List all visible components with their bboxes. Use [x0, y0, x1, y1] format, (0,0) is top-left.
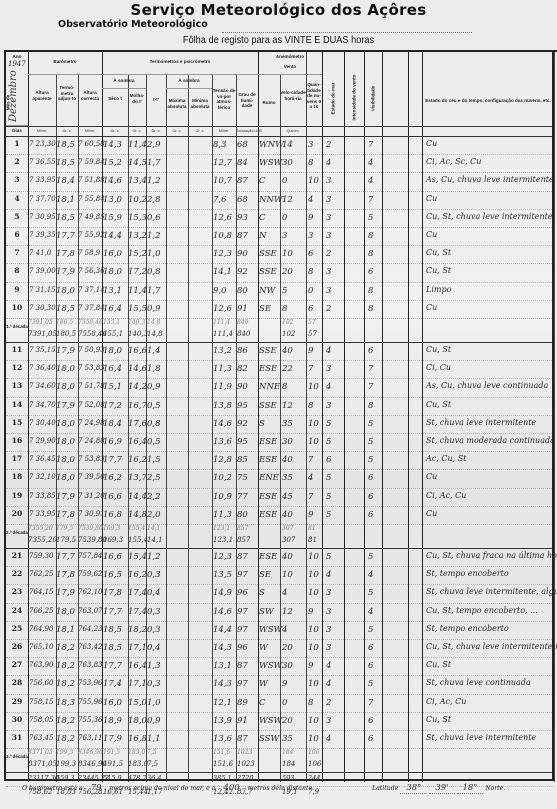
- attached-thermometer-cell: 18,0: [56, 437, 75, 447]
- vapour-pressure-cell: 10,2: [213, 473, 232, 483]
- vapour-pressure-cell: 12,6: [213, 304, 232, 314]
- visibility-cell: 7: [368, 382, 373, 392]
- wind-speed-cell: 30: [282, 158, 293, 168]
- barometer-apparent-cell: 7 37,70: [29, 195, 56, 203]
- barometer-corrected-cell: 763,42: [78, 643, 103, 651]
- wet-temp-cell: 16,2: [128, 455, 147, 465]
- dry-temp-cell: 15,1: [103, 382, 122, 392]
- decade-tensao-total: 111,4: [213, 330, 233, 338]
- cloud-amount-cell: 10: [308, 552, 319, 562]
- temp-diff-cell: 0,8: [147, 267, 161, 277]
- dry-temp-cell: 16,0: [103, 249, 122, 259]
- wet-temp-cell: 17,1: [128, 643, 147, 653]
- barometer-corrected-cell: 7 50,93: [78, 346, 105, 354]
- dry-temp-cell: 16,6: [103, 552, 122, 562]
- wet-temp-cell: 18,2: [128, 625, 147, 635]
- attached-thermometer-cell: 18,0: [56, 607, 75, 617]
- row-divider: [6, 548, 554, 549]
- temp-diff-cell: 1,4: [147, 346, 161, 356]
- vapour-pressure-cell: 9,0: [213, 286, 227, 296]
- barometer-note: O barómetro está a 79 metros acima do ní…: [22, 783, 314, 793]
- temp-diff-cell: 0,8: [147, 419, 161, 429]
- barometer-corrected-cell: 7 31,20: [78, 492, 105, 500]
- unit-altura-correcta: Milím.: [78, 129, 102, 133]
- attached-thermometer-cell: 18,0: [56, 473, 75, 483]
- cloud-amount-cell: 8: [308, 401, 313, 411]
- wet-temp-cell: 10,2: [128, 195, 147, 205]
- year-value: 1947: [8, 60, 26, 68]
- visibility-cell: 6: [368, 510, 373, 520]
- dry-temp-cell: 13,0: [103, 195, 122, 205]
- temp-diff-cell: 0,3: [147, 679, 161, 689]
- day-number: 13: [8, 381, 26, 390]
- humidity-cell: 80: [237, 286, 248, 296]
- wind-direction-cell: WSW: [259, 625, 282, 635]
- sky-state-remark: Cu: [426, 139, 437, 148]
- barometer-corrected-cell: 762,10: [78, 588, 103, 596]
- max-header: Máxima absoluta: [166, 98, 188, 109]
- visibility-cell: 5: [368, 213, 373, 223]
- decade-adj-draft: 180,5: [56, 319, 73, 326]
- decade-hum-draft: 840: [237, 319, 248, 326]
- day-number: 15: [8, 418, 26, 427]
- sky-state-remark: St, chuva moderada continuada: [426, 436, 555, 445]
- sky-state-remark: As, Cu, chuva leve intermitente na últim…: [426, 175, 557, 184]
- decade-tensao-draft: 123,1: [213, 525, 230, 532]
- wind-direction-cell: SSE: [259, 249, 277, 259]
- decade-seco-draft: 169,3: [103, 525, 120, 532]
- attached-thermometer-cell: 18,5: [56, 158, 75, 168]
- latitude-note: Latitude 38° 39' 18" Norte.: [372, 783, 505, 793]
- wind-direction-cell: C: [259, 698, 266, 708]
- day-number: 31: [8, 733, 26, 742]
- sky-state-remark: Cu: [426, 303, 437, 312]
- barometer-apparent-cell: 7 36,45: [29, 455, 56, 463]
- sea-state-cell: 4: [326, 158, 331, 168]
- temp-diff-cell: 2,8: [147, 195, 161, 205]
- humidity-cell: 91: [237, 716, 248, 726]
- barometer-apparent-cell: 7 34,60: [29, 382, 56, 390]
- sky-state-remark: Ac, Cu, St: [426, 454, 466, 463]
- dry-temp-cell: 15,2: [103, 158, 122, 168]
- vapour-pressure-cell: 12,1: [213, 698, 232, 708]
- decade-vel-total: 184: [282, 760, 295, 768]
- day-number: 24: [8, 606, 26, 615]
- sky-state-remark: Cu: [426, 509, 437, 518]
- sky-state-remark: Cu, St, chuva leve intermitente na últim…: [426, 642, 557, 651]
- attached-thermometer-cell: 18,2: [56, 716, 75, 726]
- wind-direction-cell: WSW: [259, 716, 282, 726]
- wind-speed-cell: 12: [282, 195, 293, 205]
- attached-thermometer-cell: 18,4: [56, 176, 75, 186]
- wind-direction-cell: ESE: [259, 552, 277, 562]
- row-divider: [6, 172, 554, 173]
- temp-diff-cell: 0,3: [147, 570, 161, 580]
- wet-temp-cell: 16,6: [128, 346, 147, 356]
- cloud-amount-cell: 10: [308, 716, 319, 726]
- sea-state-cell: 3: [326, 401, 331, 411]
- wind-direction-cell: ESE: [259, 437, 277, 447]
- sea-state-cell: 6: [326, 455, 331, 465]
- row-divider: [6, 506, 554, 507]
- apparent-height-header: Altura aparente: [28, 90, 56, 101]
- latitude-degrees: 38°: [400, 783, 427, 794]
- barometer-apparent-cell: 7 36,40: [29, 364, 56, 372]
- attached-thermometer-cell: 18,0: [56, 419, 75, 429]
- row-divider: [6, 360, 554, 361]
- temp-diff-cell: 2,5: [147, 473, 161, 483]
- barometer-apparent-cell: 7 33,85: [29, 492, 56, 500]
- barometer-apparent-cell: 7 29,90: [29, 437, 56, 445]
- barometer-corrected-cell: 7 53,83: [78, 455, 105, 463]
- wet-temp-cell: 15,3: [128, 213, 147, 223]
- visibility-cell: 5: [368, 437, 373, 447]
- vapour-pressure-cell: 13,5: [213, 570, 232, 580]
- humidity-cell: 68: [237, 140, 248, 150]
- visibility-cell: 4: [368, 158, 373, 168]
- day-number: 11: [8, 345, 26, 354]
- temp-diff-cell: 1,0: [147, 698, 161, 708]
- year-label: Ano: [6, 54, 28, 60]
- wind-direction-cell: SSE: [259, 346, 277, 356]
- latitude-seconds: 18": [457, 783, 484, 794]
- wet-temp-cell: 17,4: [128, 588, 147, 598]
- wind-direction-cell: ESE: [259, 510, 277, 520]
- barometer-corrected-cell: 7 58,9: [78, 249, 100, 257]
- wet-temp-cell: 16,4: [128, 437, 147, 447]
- decade-correcta-draft: 7539,80: [78, 525, 103, 532]
- vapour-pressure-cell: 12,6: [213, 213, 232, 223]
- sea-state-cell: 4: [326, 661, 331, 671]
- wet-temp-cell: 17,4: [128, 607, 147, 617]
- row-divider: [6, 227, 554, 228]
- sea-state-cell: 5: [326, 437, 331, 447]
- barometer-corrected-cell: 7 24,98: [78, 419, 105, 427]
- temp-diff-cell: 0,4: [147, 588, 161, 598]
- decade-aparente-draft: 7391,05: [28, 319, 53, 326]
- day-number: 25: [8, 624, 26, 633]
- barometer-corrected-cell: 7 51,88: [78, 176, 105, 184]
- sky-state-header: Estado do céu e do tempo, configuração d…: [422, 98, 554, 104]
- temp-diff-cell: 1,5: [147, 455, 161, 465]
- day-number: 6: [8, 230, 26, 239]
- row-divider: [6, 639, 554, 640]
- barometer-corrected-cell: 7 59,84: [78, 158, 105, 166]
- day-number: 20: [8, 509, 26, 518]
- latitude-direction: Norte.: [485, 785, 505, 792]
- wet-temp-cell: 14,8: [128, 510, 147, 520]
- sky-state-remark: Cu: [426, 472, 437, 481]
- decade-seco-draft: 155,1: [103, 319, 120, 326]
- wet-temp-cell: 14,5: [128, 158, 147, 168]
- barometer-apparent-cell: 759,30: [29, 552, 54, 560]
- barometer-corrected-cell: 755,36: [78, 716, 103, 724]
- dry-temp-cell: 16,0: [103, 698, 122, 708]
- day-number: 2: [8, 157, 26, 166]
- wind-speed-header: Velo-cidade horá-ria: [280, 90, 306, 101]
- decade-nuv-draft: 106: [308, 749, 319, 756]
- unit-termometro-adjunto: Gr. c.: [56, 129, 78, 133]
- days-label: Dias: [6, 128, 28, 134]
- wind-direction-cell: NW: [259, 286, 275, 296]
- unit-maxima: Gr. c.: [166, 129, 188, 133]
- humidity-cell: 97: [237, 570, 248, 580]
- wind-direction-cell: SE: [259, 304, 271, 314]
- wind-speed-cell: 4: [282, 588, 287, 598]
- row-divider: [6, 126, 554, 127]
- wind-direction-cell: C: [259, 213, 266, 223]
- temp-diff-cell: 1,7: [147, 286, 161, 296]
- humidity-cell: 87: [237, 661, 248, 671]
- wind-speed-cell: 4: [282, 625, 287, 635]
- wet-temp-cell: 16,8: [128, 734, 147, 744]
- temp-diff-cell: 0,5: [147, 437, 161, 447]
- visibility-cell: 6: [368, 492, 373, 502]
- visibility-cell: 6: [368, 346, 373, 356]
- barometer-apparent-cell: 763,90: [29, 661, 54, 669]
- wind-direction-cell: WSW: [259, 661, 282, 671]
- sky-state-remark: Cu, St: [426, 660, 451, 669]
- day-number: 26: [8, 642, 26, 651]
- wind-direction-header: Rumo: [258, 100, 280, 106]
- row-divider: [6, 603, 554, 604]
- sea-state-cell: 3: [326, 176, 331, 186]
- sea-state-cell: 3: [326, 231, 331, 241]
- visibility-cell: 7: [368, 698, 373, 708]
- humidity-cell: 87: [237, 176, 248, 186]
- visibility-cell: 5: [368, 679, 373, 689]
- decade-vel-draft: 184: [282, 749, 293, 756]
- cloud-amount-cell: 10: [308, 588, 319, 598]
- vapour-pressure-cell: 12,8: [213, 455, 232, 465]
- attached-thermometer-cell: 18,5: [56, 304, 75, 314]
- barometer-apparent-cell: 7 39,35: [29, 231, 56, 239]
- decade-adj-draft: 179,5: [56, 525, 73, 532]
- cloud-amount-header: Quan-tidade de nu-vens 0 a 10: [306, 82, 322, 110]
- wind-direction-cell: N: [259, 231, 266, 241]
- cloud-amount-cell: 4: [308, 473, 313, 483]
- humidity-cell: 85: [237, 455, 248, 465]
- day-number: 23: [8, 587, 26, 596]
- decade-hum-draft: 1023: [237, 749, 252, 756]
- wet-temp-cell: 11,4: [128, 286, 147, 296]
- dry-temp-cell: 15,9: [103, 213, 122, 223]
- month-label: Mês de: [5, 95, 10, 111]
- wind-speed-cell: 45: [282, 492, 293, 502]
- vapour-pressure-cell: 10,8: [213, 231, 232, 241]
- cloud-amount-cell: 7: [308, 492, 313, 502]
- attached-thermometer-cell: 18,0: [56, 382, 75, 392]
- row-divider: [6, 657, 554, 658]
- temp-diff-cell: 2,9: [147, 140, 161, 150]
- cloud-amount-cell: 10: [308, 734, 319, 744]
- wind-speed-cell: 35: [282, 419, 293, 429]
- visibility-header: Visibilidade: [371, 77, 376, 121]
- decade-molh-total: 183,0: [128, 760, 148, 768]
- vapour-pressure-cell: 13,6: [213, 734, 232, 744]
- dry-temp-cell: 16,6: [103, 492, 122, 502]
- attached-thermometer-cell: 18,1: [56, 625, 75, 635]
- sheet-title: Fôlha de registo para as VINTE E DUAS ho…: [22, 35, 534, 46]
- day-number: 12: [8, 363, 26, 372]
- barometer-corrected-cell: 7 55,84: [78, 195, 105, 203]
- decade-aparente-draft: 8371,05: [28, 749, 53, 756]
- barometer-header: Barómetro: [28, 59, 102, 65]
- vapour-pressure-cell: 14,3: [213, 679, 232, 689]
- dry-temp-cell: 17,7: [103, 455, 122, 465]
- attached-thermometer-cell: 17,8: [56, 249, 75, 259]
- cloud-amount-cell: 8: [308, 698, 313, 708]
- wind-speed-cell: 8: [282, 304, 287, 314]
- barometer-corrected-cell: 7 37,14: [78, 286, 105, 294]
- row-divider: [6, 136, 554, 137]
- day-number: 21: [8, 551, 26, 560]
- wind-speed-cell: 5: [282, 286, 287, 296]
- barometer-corrected-cell: 7 53,83: [78, 364, 105, 372]
- barometer-apparent-cell: 7 33,95: [29, 176, 56, 184]
- visibility-cell: 6: [368, 473, 373, 483]
- wet-temp-cell: 15,4: [128, 552, 147, 562]
- decade-seco-total: 169,3: [103, 536, 123, 544]
- day-number: 9: [8, 285, 26, 294]
- barometer-apparent-cell: 7 30,40: [29, 419, 56, 427]
- wind-speed-cell: 10: [282, 249, 293, 259]
- vapour-pressure-cell: 10,7: [213, 176, 232, 186]
- barometer-corrected-cell: 757,84: [78, 552, 103, 560]
- sky-state-remark: Cu, St: [426, 715, 451, 724]
- vapour-pressure-cell: 12,7: [213, 158, 232, 168]
- vapour-pressure-cell: 11,9: [213, 382, 232, 392]
- wind-speed-cell: 0: [282, 698, 287, 708]
- decade-seco-total: 191,5: [103, 760, 123, 768]
- decade-label: 1.ª década: [6, 324, 28, 329]
- cloud-amount-cell: 9: [308, 607, 313, 617]
- decade-vel-total: 307: [282, 536, 295, 544]
- barometer-apparent-cell: 7 32,10: [29, 473, 56, 481]
- visibility-cell: 5: [368, 419, 373, 429]
- dry-temp-cell: 16,9: [103, 437, 122, 447]
- barometer-apparent-cell: 758,15: [29, 698, 54, 706]
- barometer-corrected-cell: 759,62: [78, 570, 103, 578]
- barometer-apparent-cell: 7 23,30: [29, 140, 56, 148]
- attached-thermometer-cell: 18,5: [56, 213, 75, 223]
- attached-thermometer-cell: 18,0: [56, 286, 75, 296]
- dry-temp-cell: 17,9: [103, 734, 122, 744]
- barometer-apparent-cell: 7 30,95: [29, 213, 56, 221]
- decade-nuv-total: 81: [308, 536, 317, 544]
- cloud-amount-cell: 8: [308, 158, 313, 168]
- attached-thermometer-cell: 17,9: [56, 267, 75, 277]
- wind-direction-cell: ESE: [259, 455, 277, 465]
- temp-diff-cell: 1,8: [147, 364, 161, 374]
- barometer-corrected-cell: 763,83: [78, 661, 103, 669]
- sea-state-cell: 5: [326, 552, 331, 562]
- barometer-apparent-cell: 763,45: [29, 734, 54, 742]
- wind-direction-cell: S: [259, 588, 265, 598]
- temp-diff-cell: 1,3: [147, 661, 161, 671]
- decade-aparente-total: 7391,05: [28, 330, 57, 338]
- decade-tensao-draft: 111,4: [213, 319, 230, 326]
- visibility-cell: 5: [368, 552, 373, 562]
- barometer-suffix: metros dêle distante.: [248, 785, 314, 792]
- barometer-prefix: O barómetro está a: [22, 785, 83, 792]
- visibility-cell: 5: [368, 588, 373, 598]
- wet-temp-cell: 15,2: [128, 249, 147, 259]
- dry-temp-cell: 17,7: [103, 607, 122, 617]
- humidity-cell: 75: [237, 473, 248, 483]
- humidity-cell: 97: [237, 607, 248, 617]
- decade-aparente-draft: 7355,20: [28, 525, 53, 532]
- dry-temp-cell: 17,2: [103, 401, 122, 411]
- humidity-cell: 91: [237, 304, 248, 314]
- sky-state-remark: St, tempo encoberto: [426, 569, 509, 578]
- decade-nuv-total: 106: [308, 760, 321, 768]
- decade-molh-total: 140,3: [128, 330, 148, 338]
- barometer-apparent-cell: 7 31,15: [29, 286, 56, 294]
- wind-speed-cell: 35: [282, 734, 293, 744]
- barometer-apparent-cell: 7 36,55: [29, 158, 56, 166]
- wind-direction-cell: ESE: [259, 492, 277, 502]
- wind-intensity-header: Intensidade do vento: [352, 77, 357, 121]
- wind-direction-cell: W: [259, 679, 268, 689]
- barometer-corrected-cell: 7 24,88: [78, 437, 105, 445]
- row-divider: [6, 209, 554, 210]
- temp-diff-cell: 0,9: [147, 304, 161, 314]
- attached-thermometer-cell: 18,2: [56, 643, 75, 653]
- humidity-cell: 77: [237, 492, 248, 502]
- barometer-corrected-cell: 7 55,92: [78, 231, 105, 239]
- humidity-header: Grau de humi-dade: [236, 92, 258, 109]
- unit-altura-aparente: Milím.: [28, 129, 56, 133]
- wet-temp-cell: 16,2: [128, 570, 147, 580]
- day-number: 8: [8, 266, 26, 275]
- row-divider: [6, 397, 554, 398]
- decade-diff-draft: 14,1: [147, 525, 160, 532]
- wind-direction-cell: ENE: [259, 473, 279, 483]
- decade-adj-total: 180,5: [56, 330, 76, 338]
- sky-state-remark: St, tempo encoberto: [426, 624, 509, 633]
- wind-speed-cell: 40: [282, 552, 293, 562]
- wind-speed-cell: 8: [282, 382, 287, 392]
- barometer-mid: metros acima do nível do mar, e a: [109, 785, 215, 792]
- sea-state-cell: 5: [326, 473, 331, 483]
- vapour-pressure-cell: 14,1: [213, 267, 232, 277]
- row-divider: [6, 621, 554, 622]
- day-number: 7: [8, 248, 26, 257]
- row-divider: [6, 488, 554, 489]
- barometer-corrected-cell: 7 37,84: [78, 304, 105, 312]
- vapour-pressure-cell: 7,6: [213, 195, 227, 205]
- humidity-cell: 93: [237, 213, 248, 223]
- sky-state-remark: St, chuva leve intermitente, alguns dos …: [426, 587, 557, 596]
- sky-state-remark: Cu, St, tempo encoberto, ...: [426, 606, 538, 615]
- vapour-pressure-cell: 14,6: [213, 419, 232, 429]
- wet-temp-cell: 13,7: [128, 473, 147, 483]
- barometer-corrected-cell: 763,11: [78, 734, 103, 742]
- barometer-corrected-cell: 7 49,85: [78, 213, 105, 221]
- dry-temp-cell: 14,3: [103, 140, 122, 150]
- row-divider: [6, 154, 554, 155]
- sea-state-cell: 4: [326, 734, 331, 744]
- wind-speed-cell: 40: [282, 510, 293, 520]
- attached-thermometer-cell: 18,0: [56, 364, 75, 374]
- barometer-apparent-cell: 7 41,0: [29, 249, 51, 257]
- anemometer-header: Anemómetro: [258, 54, 322, 60]
- decade-hum-total: 1023: [237, 760, 255, 768]
- wet-temp-cell: 18,0: [128, 716, 147, 726]
- sky-state-remark: Cu: [426, 194, 437, 203]
- decade-correcta-draft: 8346,96: [78, 749, 103, 756]
